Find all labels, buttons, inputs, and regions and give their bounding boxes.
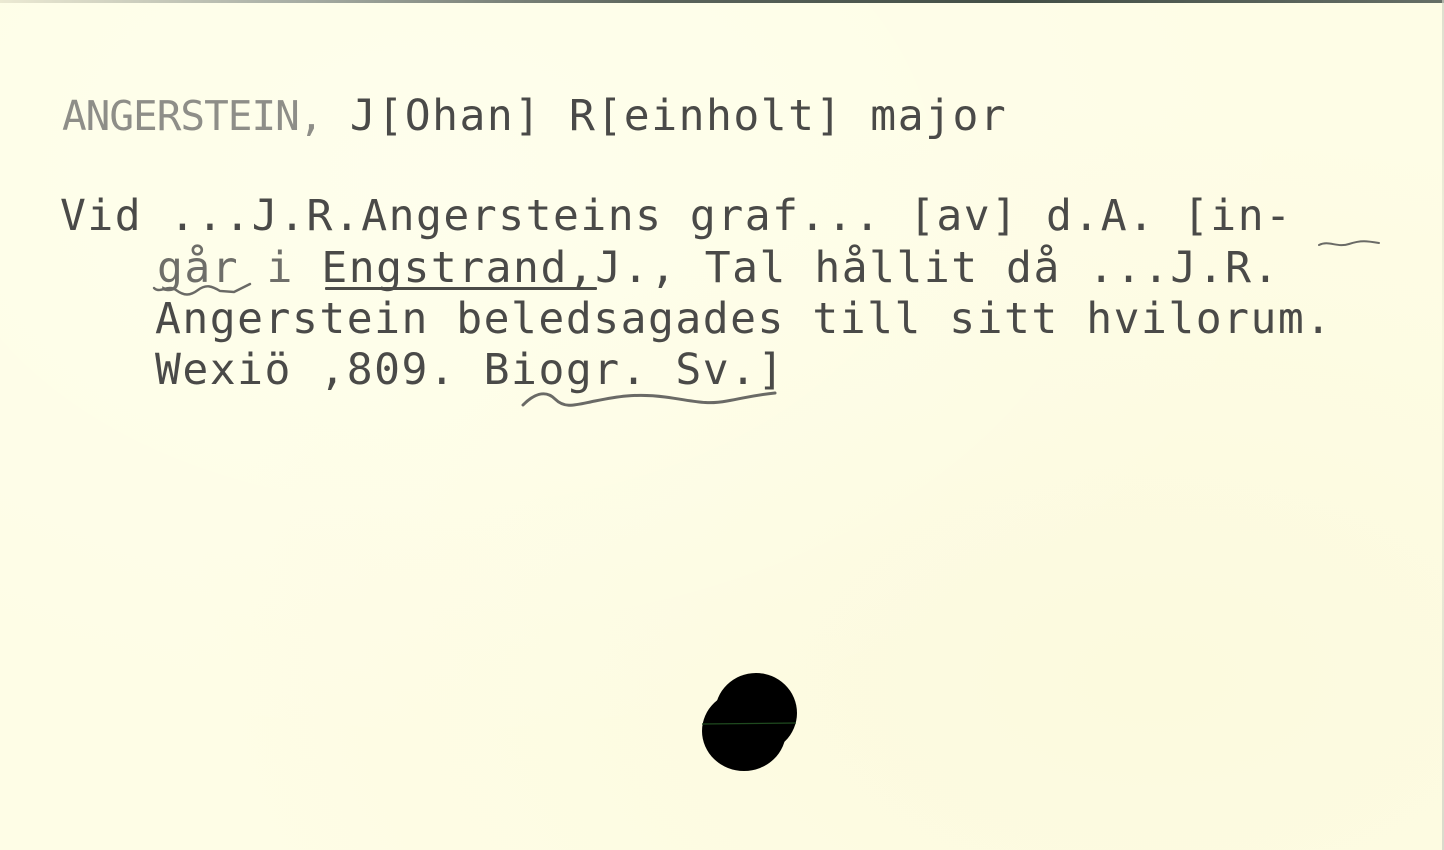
punched-hole-icon	[700, 671, 798, 773]
typed-underline	[325, 287, 597, 290]
heading-given-names: J[Ohan] R[einholt]	[323, 91, 843, 141]
reference-source: Biogr. Sv.	[484, 345, 758, 395]
pen-underline-in	[1315, 236, 1385, 252]
entry-line-4-suffix: ]	[758, 345, 785, 395]
heading-surname: ANGERSTEIN,	[62, 92, 323, 140]
entry-line-3: Angerstein beledsagades till sitt hvilor…	[155, 298, 1333, 341]
underlined-author: Engstrand	[321, 243, 568, 293]
entry-line-4-prefix: Wexiö ,809.	[155, 345, 484, 395]
catalog-card: ANGERSTEIN, J[Ohan] R[einholt] major Vid…	[0, 0, 1444, 850]
heading-title: major	[843, 91, 1007, 141]
entry-line-2-suffix: ,J., Tal hållit då ...J.R.	[568, 243, 1280, 293]
card-heading: ANGERSTEIN, J[Ohan] R[einholt] major	[62, 95, 1007, 138]
entry-line-2-prefix: går i	[157, 243, 321, 293]
entry-line-2: går i Engstrand,J., Tal hållit då ...J.R…	[157, 247, 1280, 290]
card-top-edge	[0, 0, 1444, 3]
entry-line-4: Wexiö ,809. Biogr. Sv.]	[155, 349, 785, 392]
entry-line-1: Vid ...J.R.Angersteins graf... [av] d.A.…	[60, 195, 1292, 238]
